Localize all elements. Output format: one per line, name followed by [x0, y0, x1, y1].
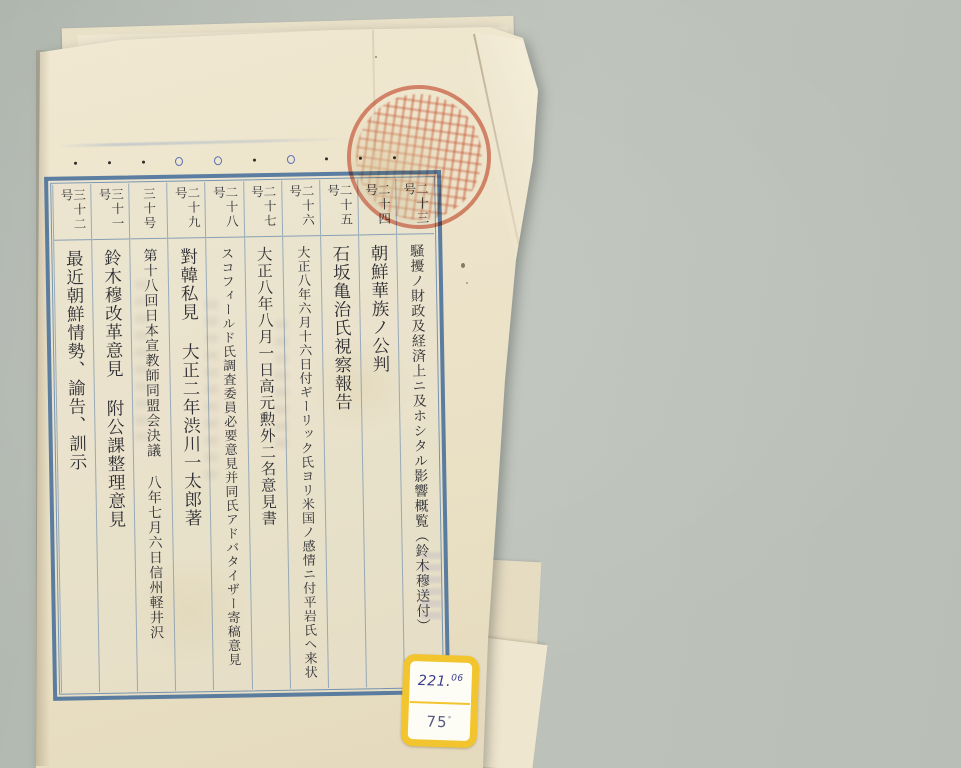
dot-mark — [108, 161, 111, 164]
catalog-label-bottom-row: 75° — [408, 703, 471, 741]
entry-title: 騒擾ノ財政及経済上ニ及ホシタル影響概覧（鈴木穆送付） — [408, 243, 430, 686]
entry-title: 鈴木穆改革意見 附公課整理意見 — [102, 249, 128, 692]
index-column-header: 二十九号 — [168, 182, 206, 239]
catalog-number-minor: 06 — [451, 674, 464, 684]
entry-number: 二十八号 — [212, 186, 238, 237]
entry-number: 二十五号 — [326, 184, 352, 235]
catalog-label: 221.06 75° — [400, 654, 479, 749]
entry-title: スコフィールド氏調査委員必要意見并同氏アドバタイザー寄稿意見 — [218, 247, 239, 690]
index-table-inner-border: 二十三号 騒擾ノ財政及経済上ニ及ホシタル影響概覧（鈴木穆送付） 二十四号 朝鮮華… — [50, 176, 444, 695]
entry-number: 三十号 — [142, 187, 155, 238]
ink-speck — [466, 282, 468, 284]
ring-mark — [287, 155, 295, 164]
dot-mark — [142, 161, 145, 164]
photograph-background: 二十三号 騒擾ノ財政及経済上ニ及ホシタル影響概覧（鈴木穆送付） 二十四号 朝鮮華… — [0, 0, 961, 768]
dot-mark — [253, 159, 256, 162]
index-column-header: 二十五号 — [320, 179, 358, 236]
index-column-header: 二十六号 — [282, 180, 320, 237]
entry-title: 石坂亀治氏視察報告 — [330, 245, 356, 688]
index-columns: 二十三号 騒擾ノ財政及経済上ニ及ホシタル影響概覧（鈴木穆送付） 二十四号 朝鮮華… — [52, 178, 442, 693]
shelf-number-mark: ° — [448, 715, 453, 723]
index-column-header: 二十八号 — [206, 181, 244, 238]
catalog-number: 221.06 — [418, 673, 464, 691]
ring-mark — [175, 157, 183, 166]
entry-title: 朝鮮華族ノ公判 — [368, 244, 394, 687]
ink-speck — [461, 263, 465, 268]
index-column-header: 三十二号 — [53, 184, 91, 241]
ring-mark — [214, 156, 222, 165]
entry-title: 最近朝鮮情勢、諭告、訓示 — [64, 249, 90, 692]
shelf-number: 75° — [426, 713, 452, 732]
index-column-header: 三十一号 — [91, 183, 129, 240]
index-column-header: 二十七号 — [244, 181, 282, 238]
show-through-text — [275, 320, 288, 450]
entry-number: 三十一号 — [97, 188, 123, 239]
show-through-text — [205, 300, 218, 480]
ink-speck — [375, 56, 377, 58]
entry-number: 二十九号 — [174, 186, 200, 237]
entry-number: 二十六号 — [288, 184, 314, 235]
faint-purple-stamp — [421, 552, 441, 620]
entry-title: 大正八年八月一日高元勲外二名意見書 — [255, 246, 279, 689]
dot-mark — [74, 162, 77, 165]
index-column-header: 三十号 — [129, 183, 167, 240]
index-table: 二十三号 騒擾ノ財政及経済上ニ及ホシタル影響概覧（鈴木穆送付） 二十四号 朝鮮華… — [44, 170, 450, 701]
entry-title: 對韓私見 大正二年渋川一太郎著 — [178, 247, 204, 690]
entry-number: 三十二号 — [59, 188, 85, 239]
dot-mark — [325, 157, 328, 160]
entry-title: 大正八年六月十六日付ギーリック氏ヨリ米国ノ感情ニ付平岩氏ヘ来状 — [295, 245, 316, 688]
catalog-label-top-row: 221.06 — [409, 661, 472, 703]
show-through-text — [135, 280, 148, 440]
entry-number: 二十七号 — [250, 185, 276, 236]
